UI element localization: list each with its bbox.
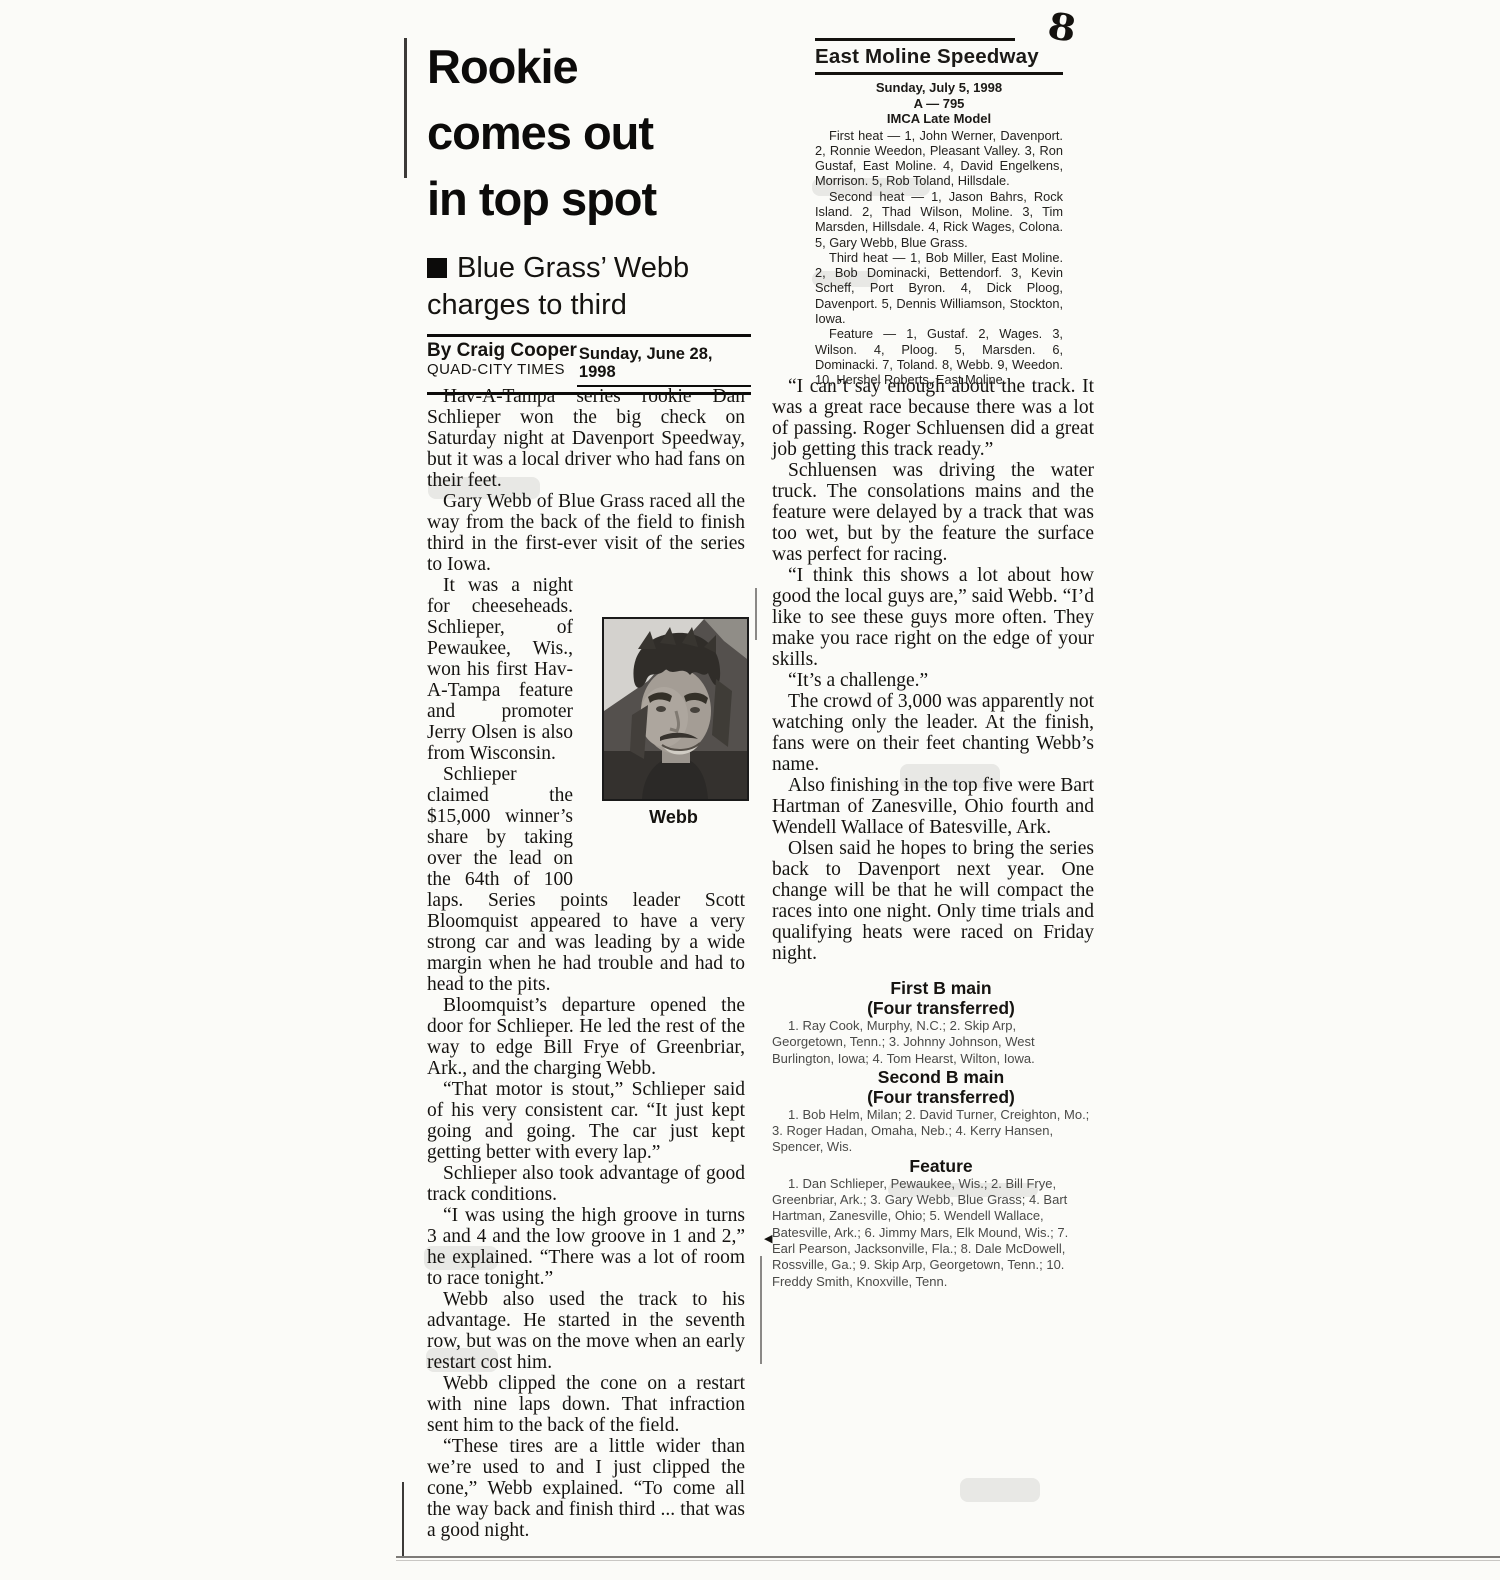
article-paragraph: Olsen said he hopes to bring the series … — [772, 838, 1094, 964]
results-box-attendance: A — 795 — [815, 96, 1063, 112]
scan-smudge — [960, 1478, 1040, 1502]
results-section-subtitle: (Four transferred) — [772, 1087, 1094, 1107]
subhead-text: Blue Grass’ Webb charges to third — [427, 252, 689, 321]
scan-edge-line — [404, 38, 407, 178]
results-box-title: East Moline Speedway — [815, 45, 1063, 75]
webb-photo — [602, 617, 749, 801]
newspaper-clipping-page: 8 ◀ Rookie comes out in top spot Blue Gr… — [0, 0, 1500, 1580]
article-paragraph: “I can’t say enough about the track. It … — [772, 376, 1094, 460]
results-section-text: 1. Bob Helm, Milan; 2. David Turner, Cre… — [772, 1107, 1094, 1156]
article-paragraph: “It’s a challenge.” — [772, 670, 1094, 691]
heat-result: Third heat — 1, Bob Miller, East Moline.… — [815, 250, 1063, 326]
column-rule-fragment — [760, 1256, 762, 1364]
headline-line: comes out — [427, 100, 757, 166]
results-section-title: Feature — [772, 1156, 1094, 1176]
headline: Rookie comes out in top spot — [427, 34, 757, 232]
article-paragraph: “I was using the high groove in turns 3 … — [427, 1205, 745, 1289]
square-bullet-icon — [427, 258, 447, 278]
byline-date: Sunday, June 28, 1998 — [577, 343, 751, 387]
article-left-column: Hav-A-Tampa series rookie Dan Schlieper … — [427, 386, 745, 1541]
article-paragraph: Hav-A-Tampa series rookie Dan Schlieper … — [427, 386, 745, 491]
article-paragraph: “That motor is stout,” Schlieper said of… — [427, 1079, 745, 1163]
webb-photo-block: Webb — [585, 617, 745, 887]
bottom-rule-shadow — [396, 1560, 1500, 1561]
article-paragraph: “These tires are a little wider than we’… — [427, 1436, 745, 1541]
results-box-top-rule — [815, 38, 1015, 41]
headline-line: Rookie — [427, 34, 757, 100]
article-paragraph: Webb clipped the cone on a restart with … — [427, 1373, 745, 1436]
byline-paper: QUAD-CITY TIMES — [427, 361, 577, 378]
subhead: Blue Grass’ Webb charges to third — [427, 250, 749, 324]
article-paragraph: Webb also used the track to his advantag… — [427, 1289, 745, 1373]
bottom-rule — [396, 1556, 1500, 1558]
heat-result: Feature — 1, Gustaf. 2, Wages. 3, Wilson… — [815, 326, 1063, 387]
scan-edge-line — [402, 1482, 404, 1558]
column-rule-fragment — [755, 588, 757, 640]
results-section-title: Second B main — [772, 1067, 1094, 1087]
headline-line: in top spot — [427, 166, 757, 232]
photo-caption: Webb — [602, 807, 745, 828]
heat-result: Second heat — 1, Jason Bahrs, Rock Islan… — [815, 189, 1063, 250]
article-paragraph: Schluensen was driving the water truck. … — [772, 460, 1094, 565]
article-paragraph: Bloomquist’s departure opened the door f… — [427, 995, 745, 1079]
article-paragraph: Gary Webb of Blue Grass raced all the wa… — [427, 491, 745, 575]
article-right-column: “I can’t say enough about the track. It … — [772, 376, 1094, 1290]
results-section-text: 1. Dan Schlieper, Pewaukee, Wis.; 2. Bil… — [772, 1176, 1094, 1290]
results-section-text: 1. Ray Cook, Murphy, N.C.; 2. Skip Arp, … — [772, 1018, 1094, 1067]
heat-result: First heat — 1, John Werner, Davenport. … — [815, 128, 1063, 189]
article-paragraph: Also finishing in the top five were Bart… — [772, 775, 1094, 838]
byline-author-block: By Craig Cooper QUAD-CITY TIMES — [427, 341, 577, 378]
results-section-subtitle: (Four transferred) — [772, 998, 1094, 1018]
portrait-photo-svg — [604, 619, 747, 799]
results-box-date: Sunday, July 5, 1998 — [815, 80, 1063, 96]
article-paragraph: The crowd of 3,000 was apparently not wa… — [772, 691, 1094, 775]
article-paragraph: Schlieper also took advantage of good tr… — [427, 1163, 745, 1205]
results-box-class: IMCA Late Model — [815, 111, 1063, 127]
byline-author: By Craig Cooper — [427, 341, 577, 361]
east-moline-results-box: East Moline Speedway Sunday, July 5, 199… — [815, 38, 1063, 388]
article-paragraph: “I think this shows a lot about how good… — [772, 565, 1094, 670]
results-section-title: First B main — [772, 978, 1094, 998]
